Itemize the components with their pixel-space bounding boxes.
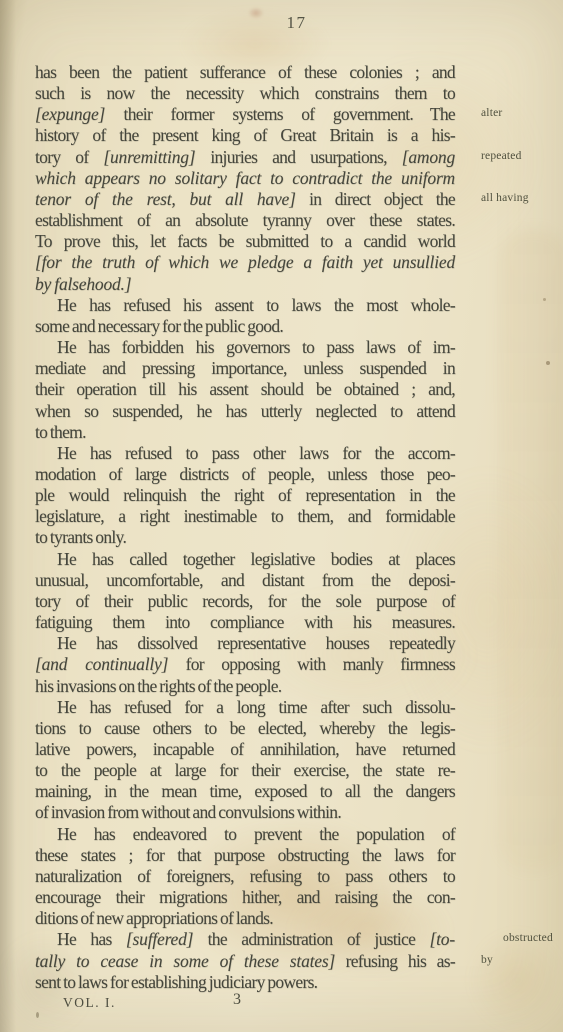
text-line: these states ; for that purpose obstruct… [35, 845, 455, 866]
italic-text: tenor of the rest, but all have] [35, 189, 296, 209]
roman-text: such is now the necessity which constrai… [35, 83, 455, 103]
page-edge-shadow [0, 0, 16, 1032]
text-line: maining, in the mean time, exposed to al… [35, 781, 455, 802]
italic-text: [expunge] [35, 104, 105, 124]
roman-text: fatiguing them into compliance with his … [35, 612, 455, 632]
roman-text: history of the present king of Great Bri… [35, 125, 455, 145]
roman-text: for opposing with manly firmness [168, 654, 455, 674]
paper-speck [543, 298, 546, 301]
paper-stain [498, 230, 563, 870]
text-line: [expunge] their former systems of govern… [35, 104, 455, 125]
roman-text: to them. [35, 422, 86, 442]
roman-text: their operation till his assent should b… [35, 379, 455, 399]
roman-text: tions to cause others to be elected, whe… [35, 718, 455, 738]
italic-text: tally to cease in some of these states] [35, 951, 335, 971]
roman-text: He has dissolved representative houses r… [57, 633, 455, 653]
roman-text: to tyrants only. [35, 527, 126, 547]
roman-text: maining, in the mean time, exposed to al… [35, 781, 455, 801]
text-line: ditions of new appropriations of lands. [35, 908, 455, 929]
roman-text: lative powers, incapable of annihilation… [35, 739, 455, 759]
roman-text: naturalization of foreigners, refusing t… [35, 866, 455, 886]
text-line: some and necessary for the public good. [35, 316, 455, 337]
text-line: which appears no solitary fact to contra… [35, 168, 455, 189]
roman-text: He has endeavored to prevent the populat… [57, 824, 455, 844]
book-page: 17 has been the patient sufferance of th… [0, 0, 563, 1032]
text-line: tenor of the rest, but all have] in dire… [35, 189, 455, 210]
roman-text: unusual, uncomfortable, and distant from… [35, 570, 455, 590]
roman-text: He has refused his assent to laws the mo… [57, 295, 455, 315]
text-line: unusual, uncomfortable, and distant from… [35, 570, 455, 591]
roman-text: in direct object the [296, 189, 455, 209]
text-line: their operation till his assent should b… [35, 379, 455, 400]
italic-text: [suffered] [126, 929, 193, 949]
text-line: when so suspended, he has utterly neglec… [35, 401, 455, 422]
roman-text: He has called together legislative bodie… [57, 549, 455, 569]
roman-text: their former systems of government. The [105, 104, 455, 124]
roman-text: establishment of an absolute tyranny ove… [35, 210, 455, 230]
italic-text: [among [402, 147, 455, 167]
text-line: [for the truth of which we pledge a fait… [35, 252, 455, 273]
margin-note: by [481, 954, 563, 967]
roman-text: ditions of new appropriations of lands. [35, 908, 273, 928]
text-line: to the people at large for their exercis… [35, 760, 455, 781]
text-line: legislature, a right inestimable to them… [35, 506, 455, 527]
roman-text: injuries and usurpations, [195, 147, 401, 167]
text-line: [and continually] for opposing with manl… [35, 654, 455, 675]
roman-text: of invasion from without and convulsions… [35, 802, 341, 822]
text-line: lative powers, incapable of annihilation… [35, 739, 455, 760]
text-line: He has endeavored to prevent the populat… [35, 824, 455, 845]
roman-text: some and necessary for the public good. [35, 316, 283, 336]
text-line: to them. [35, 422, 455, 443]
footer-signature-mark: 3 [233, 991, 241, 1009]
roman-text: tory of [35, 147, 103, 167]
roman-text: his invasions on the rights of the peopl… [35, 676, 281, 696]
roman-text: these states ; for that purpose obstruct… [35, 845, 455, 865]
text-line: naturalization of foreigners, refusing t… [35, 866, 455, 887]
italic-text: by falsehood.] [35, 274, 131, 294]
roman-text: mediate and pressing importance, unless … [35, 358, 455, 378]
margin-note: obstructed [481, 932, 563, 945]
text-line: by falsehood.] [35, 274, 455, 295]
text-line: his invasions on the rights of the peopl… [35, 676, 455, 697]
text-line: history of the present king of Great Bri… [35, 125, 455, 146]
roman-text: sent to laws for establishing judiciary … [35, 972, 317, 992]
text-line: tory of [unremitting] injuries and usurp… [35, 147, 455, 168]
text-line: He has forbidden his governors to pass l… [35, 337, 455, 358]
text-line: To prove this, let facts be submitted to… [35, 231, 455, 252]
page-number: 17 [0, 13, 563, 33]
roman-text: To prove this, let facts be submitted to… [35, 231, 455, 251]
text-line: encourage their migrations hither, and r… [35, 887, 455, 908]
roman-text: He has [57, 929, 126, 949]
roman-text: He has forbidden his governors to pass l… [57, 337, 455, 357]
text-line: He has refused his assent to laws the mo… [35, 295, 455, 316]
text-line: sent to laws for establishing judiciary … [35, 972, 455, 993]
italic-text: [unremitting] [103, 147, 195, 167]
text-line: establishment of an absolute tyranny ove… [35, 210, 455, 231]
text-line: such is now the necessity which constrai… [35, 83, 455, 104]
italic-text: [for the truth of which we pledge a fait… [35, 252, 455, 272]
paper-speck [546, 361, 550, 365]
text-line: to tyrants only. [35, 527, 455, 548]
roman-text: He has refused to pass other laws for th… [57, 443, 455, 463]
italic-text: [to- [430, 929, 455, 949]
roman-text: encourage their migrations hither, and r… [35, 887, 455, 907]
margin-note: all having [481, 192, 563, 205]
text-line: tions to cause others to be elected, whe… [35, 718, 455, 739]
text-line: mediate and pressing importance, unless … [35, 358, 455, 379]
italic-text: which appears no solitary fact to contra… [35, 168, 455, 188]
roman-text: legislature, a right inestimable to them… [35, 506, 455, 526]
roman-text: ple would relinquish the right of repres… [35, 485, 455, 505]
text-line: fatiguing them into compliance with his … [35, 612, 455, 633]
text-line: has been the patient sufferance of these… [35, 62, 455, 83]
text-line: He has refused to pass other laws for th… [35, 443, 455, 464]
text-line: He has refused for a long time after suc… [35, 697, 455, 718]
text-line: tally to cease in some of these states] … [35, 951, 455, 972]
text-line: modation of large districts of people, u… [35, 464, 455, 485]
text-line: He has called together legislative bodie… [35, 549, 455, 570]
roman-text: has been the patient sufferance of these… [35, 62, 455, 82]
footer-volume-label: VOL. I. [63, 995, 116, 1011]
text-line: tory of their public records, for the so… [35, 591, 455, 612]
roman-text: tory of their public records, for the so… [35, 591, 455, 611]
roman-text: refusing his as- [335, 951, 455, 971]
roman-text: modation of large districts of people, u… [35, 464, 455, 484]
paper-speck [36, 1012, 39, 1018]
text-line: ple would relinquish the right of repres… [35, 485, 455, 506]
roman-text: the administration of justice [193, 929, 429, 949]
text-line: He has dissolved representative houses r… [35, 633, 455, 654]
margin-note: repeated [481, 150, 563, 163]
roman-text: when so suspended, he has utterly neglec… [35, 401, 455, 421]
italic-text: [and continually] [35, 654, 168, 674]
text-line: of invasion from without and convulsions… [35, 802, 455, 823]
roman-text: He has refused for a long time after suc… [57, 697, 455, 717]
margin-note: alter [481, 107, 563, 120]
roman-text: to the people at large for their exercis… [35, 760, 455, 780]
body-text: has been the patient sufferance of these… [35, 62, 455, 993]
text-line: He has [suffered] the administration of … [35, 929, 455, 950]
